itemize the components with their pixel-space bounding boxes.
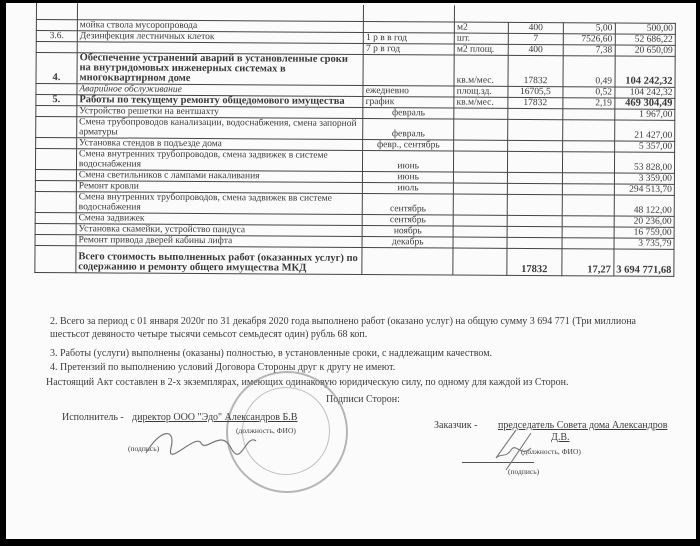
cell-unit: кв.м/мес. — [454, 55, 508, 86]
cell-sum: 294 513,70 — [614, 184, 675, 195]
cell-sum: 5 357,00 — [614, 141, 675, 152]
cell-freq: июнь — [363, 150, 454, 172]
works-table: мойка ствола мусоропроводам24005,00500,0… — [34, 3, 676, 277]
cell-rate: 17,27 — [562, 249, 614, 276]
cell-freq: ноябрь — [362, 225, 453, 237]
cell-qty — [507, 226, 562, 237]
cell-name: Смена трубопроводов канализации, водосна… — [77, 117, 363, 140]
cell-qty — [508, 119, 563, 140]
cell-sum: 104 242,32 — [614, 56, 675, 87]
table-row: 4.Обеспечение устранений аварий в устано… — [36, 53, 675, 88]
customer-label: Заказчик - — [434, 420, 477, 432]
cell-qty: 17832 — [508, 55, 563, 86]
executor-signature — [141, 423, 261, 463]
cell-freq: декабрь — [362, 236, 453, 248]
cell-freq: февр., сентябрь — [363, 139, 454, 151]
cell-sum: 16 759,00 — [614, 227, 675, 238]
cell-qty: 400 — [508, 44, 563, 55]
cell-qty: 16705,5 — [508, 86, 563, 97]
cell-unit: кв.м/мес. — [454, 97, 508, 108]
cell-num — [35, 149, 76, 170]
cell-unit — [454, 151, 508, 172]
cell-sum: 3 694 771,68 — [613, 249, 674, 276]
cell-qty: 17832 — [507, 248, 562, 275]
cell-freq: июнь — [363, 171, 454, 183]
cell-sum: 52 686,22 — [615, 34, 676, 45]
cell-sum: 500,00 — [615, 23, 676, 34]
cell-num — [35, 234, 76, 245]
cell-num: 5. — [36, 95, 77, 106]
customer-position-cont: Д.В. — [551, 432, 570, 444]
cell-sum: 48 122,00 — [614, 195, 675, 216]
cell-qty — [507, 183, 562, 194]
cell-sum: 3 359,00 — [614, 173, 675, 184]
cell-num — [36, 42, 77, 53]
executor-label: Исполнитель - — [62, 412, 124, 424]
cell-freq: график — [363, 97, 454, 109]
cell-unit — [453, 226, 507, 237]
cell-qty — [507, 237, 562, 248]
cell-sum: 20 236,00 — [614, 216, 675, 227]
paragraph-2-line-1: 2. Всего за период с 01 января 2020г по … — [50, 316, 636, 328]
cell-qty: 7 — [508, 33, 563, 44]
cell-num — [35, 191, 76, 212]
cell-qty — [508, 108, 563, 119]
cell-unit — [453, 183, 507, 194]
cell-unit: м2 площ. — [454, 44, 508, 55]
document-page: мойка ствола мусоропроводам24005,00500,0… — [6, 3, 696, 539]
cell-rate — [563, 141, 615, 152]
cell-rate — [562, 195, 614, 216]
cell-sum: 469 304,49 — [614, 98, 675, 109]
cell-num — [35, 223, 76, 234]
cell-qty: 17832 — [508, 97, 563, 108]
cell-freq — [362, 247, 453, 275]
cell-freq: 7 р в год — [363, 44, 454, 56]
cell-freq: сентябрь — [362, 193, 453, 215]
cell-rate — [563, 120, 615, 141]
cell-freq: июль — [363, 182, 454, 194]
cell-unit — [454, 172, 508, 183]
cell-sum: 20 650,09 — [615, 45, 676, 56]
cell-sum: 1 967,00 — [614, 109, 675, 120]
cell-qty — [507, 140, 562, 151]
cell-sum: 104 242,32 — [614, 87, 675, 98]
cell-sum: 21 427,00 — [614, 120, 675, 141]
customer-signature — [486, 428, 546, 473]
cell-qty: 400 — [508, 22, 563, 33]
cell-rate: 5,00 — [563, 23, 615, 34]
cell-num — [36, 84, 77, 95]
cell-num: 3.6. — [36, 31, 77, 42]
cell-unit — [454, 140, 508, 151]
cell-qty — [507, 215, 562, 226]
cell-num — [36, 138, 77, 149]
cell-rate: 0,49 — [563, 56, 615, 87]
cell-rate: 0,52 — [563, 87, 615, 98]
cell-name: Смена внутренних трубопроводов, смена за… — [76, 149, 362, 172]
cell-unit — [453, 194, 507, 215]
cell-num: 4. — [36, 53, 77, 84]
cell-unit — [454, 119, 508, 140]
paragraph-2-line-2: шестьсот девяносто четыре тысячи семьсот… — [50, 329, 367, 341]
cell-freq — [364, 22, 455, 34]
cell-name: Всего стоимость выполненных работ (оказа… — [76, 246, 362, 275]
cell-sum: 53 828,00 — [614, 152, 675, 173]
cell-unit: шт. — [454, 33, 508, 44]
cell-sum: 3 735,79 — [614, 238, 675, 249]
cell-name: Обеспечение устранений аварий в установл… — [77, 53, 364, 86]
cell-rate: 7526,60 — [563, 34, 615, 45]
cell-num — [36, 117, 77, 138]
cell-freq: февраль — [363, 118, 454, 140]
cell-qty — [507, 151, 562, 172]
cell-freq: ежедневно — [363, 86, 454, 98]
cell-rate — [563, 109, 615, 120]
cell-num — [36, 106, 77, 117]
cell-rate — [562, 227, 614, 238]
cell-num — [35, 212, 76, 223]
cell-num — [35, 245, 76, 272]
cell-unit: площ.зд. — [454, 86, 508, 97]
cell-name: Смена внутренних трубопроводов, смена за… — [76, 192, 362, 215]
cell-rate: 2,19 — [563, 98, 615, 109]
cell-unit — [453, 248, 507, 275]
cell-rate — [562, 184, 614, 195]
cell-rate — [562, 152, 614, 173]
cell-freq: сентябрь — [362, 214, 453, 226]
cell-freq — [363, 55, 454, 87]
cell-freq: 1 р в в год — [364, 33, 455, 45]
cell-unit — [454, 108, 508, 119]
cell-unit — [453, 237, 507, 248]
cell-rate: 7,38 — [563, 45, 615, 56]
cell-rate — [562, 173, 614, 184]
table-row: Всего стоимость выполненных работ (оказа… — [35, 245, 674, 276]
paragraph-4: 4. Претензий по выполнению условий Догов… — [50, 362, 395, 374]
cell-unit — [453, 215, 507, 226]
cell-freq: февраль — [363, 108, 454, 120]
paragraph-3: 3. Работы (услуги) выполнены (оказаны) п… — [50, 348, 492, 360]
cell-num — [35, 169, 76, 180]
cell-unit: м2 — [454, 22, 508, 33]
cell-num — [35, 180, 76, 191]
cell-num — [36, 20, 77, 31]
cell-qty — [507, 194, 562, 215]
cell-rate — [562, 216, 614, 227]
cell-rate — [562, 238, 614, 249]
cell-qty — [507, 172, 562, 183]
